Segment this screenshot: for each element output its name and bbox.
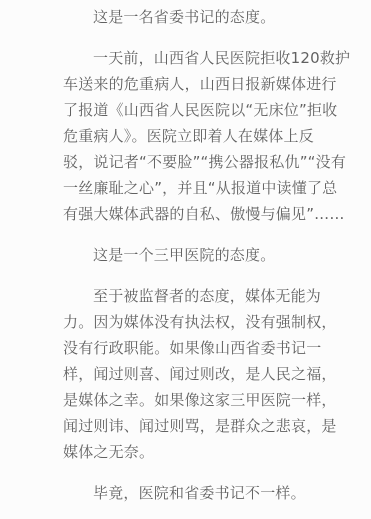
- text-line: 一天前，山西省人民医院拒收120救护: [63, 45, 353, 71]
- text-line: 了报道《山西省人民医院以“无床位”拒收: [63, 97, 353, 123]
- text-line: 闻过则讳、闻过则骂，是群众之悲哀，是: [63, 413, 353, 439]
- text-line: 至于被监督者的态度，媒体无能为: [63, 283, 353, 309]
- paragraph: 毕竟，医院和省委书记不一样。: [63, 480, 353, 506]
- text-line: 有强大媒体武器的自私、傲慢与偏见”……: [63, 201, 353, 227]
- text-line: 这是一个三甲医院的态度。: [63, 242, 353, 268]
- article-body: 这是一名省委书记的态度。一天前，山西省人民医院拒收120救护车送来的危重病人，山…: [0, 0, 371, 506]
- text-line: 车送来的危重病人，山西日报新媒体进行: [63, 71, 353, 97]
- text-line: 毕竟，医院和省委书记不一样。: [63, 480, 353, 506]
- paragraph: 一天前，山西省人民医院拒收120救护车送来的危重病人，山西日报新媒体进行了报道《…: [63, 45, 353, 227]
- text-line: 样，闻过则喜、闻过则改，是人民之福，: [63, 361, 353, 387]
- text-line: 一丝廉耻之心”，并且“从报道中读懂了总: [63, 175, 353, 201]
- text-line: 没有行政职能。如果像山西省委书记一: [63, 335, 353, 361]
- article-page: 这是一名省委书记的态度。一天前，山西省人民医院拒收120救护车送来的危重病人，山…: [0, 0, 371, 519]
- paragraph: 这是一个三甲医院的态度。: [63, 242, 353, 268]
- paragraph: 这是一名省委书记的态度。: [63, 4, 353, 30]
- text-line: 媒体之无奈。: [63, 439, 353, 465]
- text-line: 这是一名省委书记的态度。: [63, 4, 353, 30]
- paragraph: 至于被监督者的态度，媒体无能为力。因为媒体没有执法权，没有强制权，没有行政职能。…: [63, 283, 353, 465]
- text-line: 驳，说记者“不要脸”“携公器报私仇”“没有: [63, 149, 353, 175]
- text-line: 是媒体之幸。如果像这家三甲医院一样，: [63, 387, 353, 413]
- text-line: 危重病人》。医院立即着人在媒体上反: [63, 123, 353, 149]
- text-line: 力。因为媒体没有执法权，没有强制权，: [63, 309, 353, 335]
